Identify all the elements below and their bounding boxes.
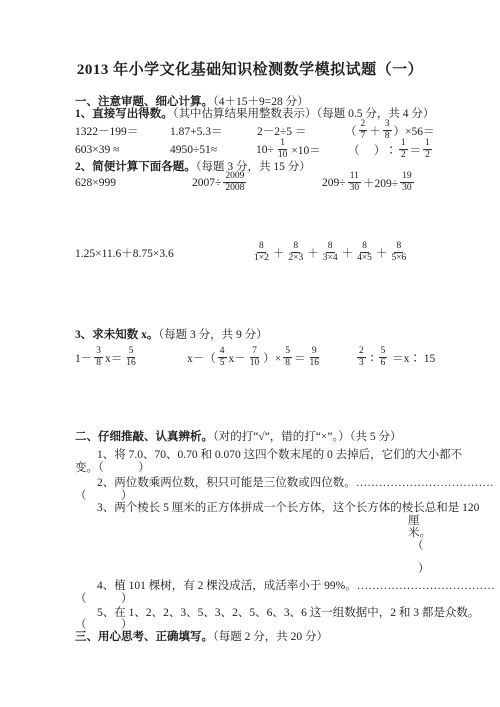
expr-2007-div-fraction: 2007÷20092008 [192,171,248,195]
fraction: 1130 [348,171,362,195]
question1-label: 1、直接写出得数。 [75,108,173,120]
fraction-numerator: 5 [127,346,136,358]
fraction-denominator: 1×2 [252,254,271,265]
fraction-denominator: 2 [399,151,408,162]
fraction-numerator: 5 [283,346,292,358]
question2-label: 2、简便计算下面各题。 [75,161,196,173]
fraction-denominator: 5 [218,359,227,370]
section3-header: 三、用心思考、正确填写。（每题 2 分，共 20 分） [75,630,328,644]
fraction-numerator: 2 [359,119,368,131]
expr-1-25-times-11-6: 1.25×11.6＋8.75×3.6 [75,245,174,261]
fraction-numerator: 1 [399,138,408,150]
math-text: ＋ [307,245,319,261]
expr-1-87-plus-5-3: 1.87+5.3＝ [170,123,223,139]
math-text: ＋ [342,245,354,261]
fraction-denominator: 3 [357,359,366,370]
question3-note: （每题 3 分，共 9 分） [158,329,267,341]
question3-label: 3、求未知数 x。 [75,329,158,341]
fraction-numerator: 3 [94,346,103,358]
expr-603-times-39: 603×39 ≈ [75,144,119,156]
fraction-numerator: 8 [257,241,266,253]
fraction: 710 [248,346,262,370]
math-text: ∶ [368,351,377,365]
tf-item3-wrap-close-paren: ） [418,562,430,576]
expr-209-div-fractions: 209÷1130＋209÷1930 [322,171,416,195]
fraction: 85×6 [389,241,408,265]
expr-10-div-tenth-times-10: 10÷110×10＝ [256,138,321,162]
fraction-denominator: 4×5 [355,254,374,265]
fraction-denominator: 2008 [223,184,246,195]
fraction-denominator: 8 [283,359,292,370]
question3-header: 3、求未知数 x。（每题 3 分，共 9 分） [75,328,268,342]
fraction-denominator: 2 [423,151,432,162]
math-text: 1322－199＝ [75,123,138,139]
fraction-numerator: 5 [379,346,388,358]
tf-item3-wrap-open-paren: （ [412,539,424,553]
fraction: 916 [308,346,322,370]
math-text: x＝ [105,350,122,366]
fraction-numerator: 1 [423,138,432,150]
math-text: ）×56＝ [394,123,435,139]
fraction: 83×4 [321,241,340,265]
expr-blank-ratio-half: （ ）∶12＝12 [348,138,434,162]
fraction-numerator: 8 [394,241,403,253]
math-text: 603×39 ≈ [75,144,119,156]
fraction-denominator: 6 [379,359,388,370]
fraction: 58 [283,346,292,370]
tf-item4-line2: （ ） [75,592,133,606]
fraction-denominator: 8 [94,359,103,370]
fraction: 45 [218,346,227,370]
expr-1322-minus-199: 1322－199＝ [75,123,138,139]
fraction-numerator: 2 [357,346,366,358]
expr-2-minus-2-div-5: 2－2÷5 ＝ [257,123,306,139]
expr-solve-x-2: x－（45x－710）×58＝916 [187,346,323,370]
fraction-numerator: 8 [326,241,335,253]
fraction-numerator: 4 [218,346,227,358]
fraction: 82×3 [286,241,305,265]
math-text: ＋ [273,245,285,261]
expr-628-times-999: 628×999 [75,177,116,189]
tf-item2-line1: 2、两位数乘两位数，积只可能是三位数或四位数。……………………………… [97,476,494,490]
section2-header: 二、仔细推敲、认真辨析。（对的打“√”，错的打“×”。）（共 5 分） [75,430,401,444]
fraction: 84×5 [355,241,374,265]
fraction: 516 [124,346,138,370]
math-text: 628×999 [75,177,116,189]
math-text: 209÷ [322,177,346,189]
fraction-numerator: 3 [383,119,392,131]
math-text: 1.87+5.3＝ [170,123,223,139]
expr-telescoping-fraction-sum: 81×2＋82×3＋83×4＋84×5＋85×6 [250,241,410,265]
tf-item3-line1: 3、两个棱长 5 厘米的正方体拼成一个长方体，这个长方体的棱长总和是 120 [97,501,479,515]
math-text: x－（ [187,350,216,366]
fraction-numerator: 19 [400,171,414,183]
fraction-numerator: 7 [250,346,259,358]
math-text: 4950÷51≈ [170,144,217,156]
fraction-denominator: 30 [348,184,362,195]
math-text: ＋ [376,245,388,261]
expr-4950-div-51: 4950÷51≈ [170,144,217,156]
math-text: ＝x∶ 15 [389,350,435,366]
fraction-numerator: 2009 [223,171,246,183]
exam-page: 2013 年小学文化基础知识检测数学模拟试题（一） 一、注意审题、细心计算。（4… [0,0,500,707]
fraction-denominator: 30 [400,184,414,195]
section3-header-score: （每题 2 分，共 20 分） [213,631,328,643]
fraction: 110 [276,138,290,162]
fraction: 23 [357,346,366,370]
fraction: 38 [94,346,103,370]
section3-header-title: 三、用心思考、正确填写。 [75,631,213,643]
fraction-numerator: 8 [360,241,369,253]
math-text: ＋209÷ [363,175,398,191]
fraction-denominator: 5×6 [389,254,408,265]
math-text: ）× [263,350,281,366]
tf-item1-line2: 变。（ ） [75,461,150,475]
math-text: ＋ [369,123,381,139]
fraction: 81×2 [252,241,271,265]
fraction-denominator: 2×3 [286,254,305,265]
fraction: 12 [399,138,408,162]
fraction-numerator: 11 [348,171,361,183]
fraction-denominator: 3×4 [321,254,340,265]
fraction: 20092008 [223,171,246,195]
tf-item5-line1: 5、在 1、2、2、3、5、3、2、5、6、3、6 这一组数据中，2 和 3 都… [97,606,479,620]
fraction-denominator: 10 [248,359,262,370]
exam-title: 2013 年小学文化基础知识检测数学模拟试题（一） [0,58,500,79]
math-text: （ [345,123,357,139]
fraction-numerator: 1 [278,138,287,150]
math-text: 2－2÷5 ＝ [257,123,306,139]
math-text: ＝ [410,142,422,158]
math-text: 1－ [75,350,92,366]
math-text: ＝ [294,350,306,366]
fraction-denominator: 16 [124,359,138,370]
expr-solve-x-3: 23 ∶ 56 ＝x∶ 15 [355,346,435,370]
math-text: 10÷ [256,144,274,156]
fraction-numerator: 8 [291,241,300,253]
math-text: x－ [229,350,246,366]
math-text: ×10＝ [291,142,321,158]
fraction: 1930 [400,171,414,195]
fraction: 56 [379,346,388,370]
fraction: 12 [423,138,432,162]
math-text: 1.25×11.6＋8.75×3.6 [75,245,174,261]
tf-item1-line1: 1、将 7.0、70、0.70 和 0.070 这四个数末尾的 0 去掉后，它们… [97,448,462,462]
section2-header-score: （对的打“√”，错的打“×”。）（共 5 分） [213,431,401,443]
section2-header-title: 二、仔细推敲、认真辨析。 [75,431,213,443]
math-text: 2007÷ [192,177,221,189]
fraction-denominator: 16 [308,359,322,370]
expr-solve-x-1: 1－38x＝516 [75,346,140,370]
tf-item4-line1: 4、植 101 棵树，有 2 棵没成活，成活率小于 99%。…………………………… [97,579,495,593]
math-text: （ ）∶ [348,142,397,158]
fraction-numerator: 9 [310,346,319,358]
